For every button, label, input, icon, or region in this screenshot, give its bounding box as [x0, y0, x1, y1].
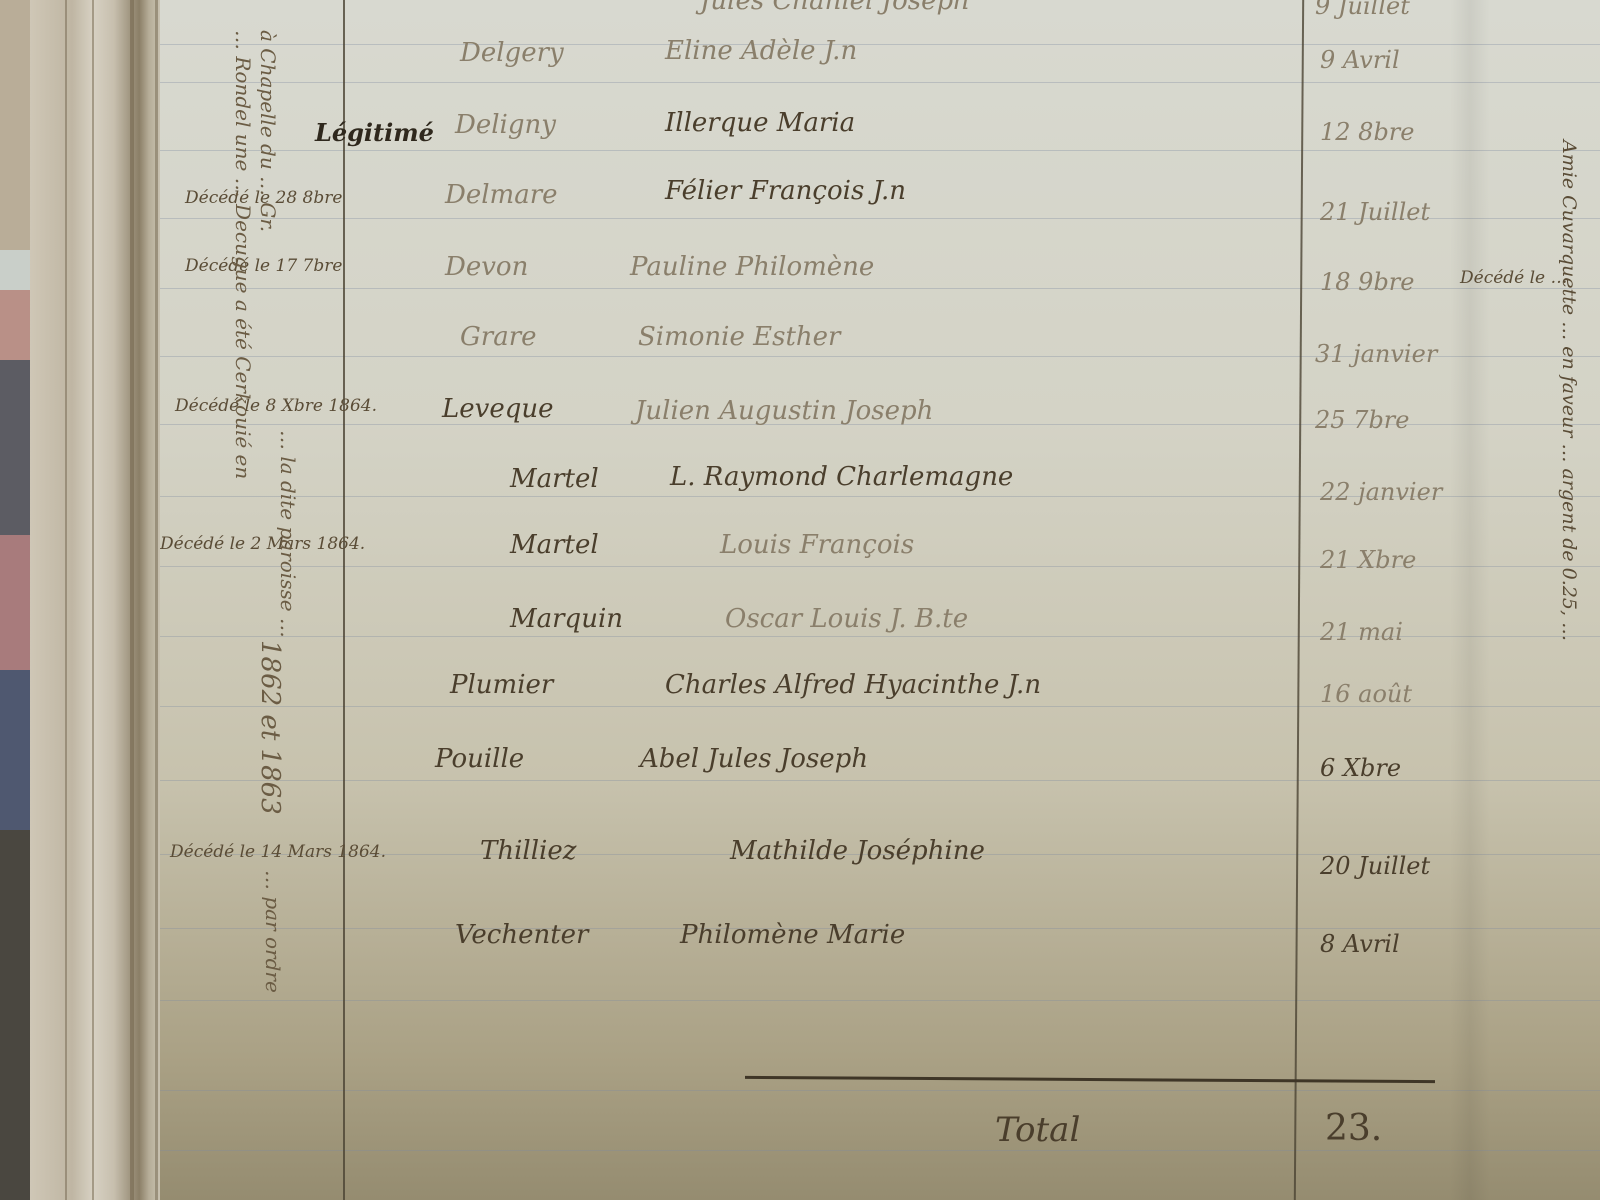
register-page: Jules Chaniel Joseph 9 Juillet Delgery E… — [160, 0, 1600, 1200]
vertical-margin-note: … Rondel une … Decugue a été Cerkouié en — [231, 30, 255, 479]
entry-date: 21 mai — [1320, 618, 1403, 646]
ruled-line — [160, 82, 1600, 83]
entry-surname: Martel — [510, 464, 599, 494]
partial-given-names: Jules Chaniel Joseph — [700, 0, 970, 16]
entry-surname: Marquin — [510, 604, 623, 634]
entry-date: 21 Juillet — [1320, 198, 1430, 226]
vertical-margin-note: 1862 et 1863 — [255, 640, 285, 815]
entry-date: 12 8bre — [1320, 118, 1414, 146]
total-label: Total — [995, 1110, 1080, 1150]
total-value: 23. — [1325, 1108, 1382, 1149]
book-page-edges — [30, 0, 170, 1200]
entry-date: 8 Avril — [1320, 930, 1400, 958]
entry-surname: Pouille — [435, 744, 524, 774]
entry-date: 6 Xbre — [1320, 754, 1401, 782]
ruled-line — [160, 1000, 1600, 1001]
entry-date: 16 août — [1320, 680, 1412, 708]
ruled-line — [160, 44, 1600, 45]
entry-surname: Martel — [510, 530, 599, 560]
entry-date: 31 janvier — [1315, 340, 1437, 368]
date-column-rule — [1294, 0, 1304, 1200]
ruled-line — [160, 150, 1600, 151]
ruled-line — [160, 1150, 1600, 1151]
margin-column-rule — [343, 0, 345, 1200]
entry-date: 18 9bre — [1320, 268, 1414, 296]
page-edge-line — [65, 0, 67, 1200]
vertical-margin-note: à Chapelle du … Gr. — [256, 30, 280, 232]
entry-given-names: Philomène Marie — [680, 920, 905, 950]
entry-surname: Grare — [460, 322, 537, 352]
entry-given-names: Mathilde Joséphine — [730, 836, 985, 866]
entry-surname: Leveque — [442, 394, 554, 424]
entry-given-names: Oscar Louis J. B.te — [725, 604, 968, 634]
entry-given-names: Julien Augustin Joseph — [635, 396, 933, 426]
entry-given-names: Charles Alfred Hyacinthe J.n — [665, 670, 1041, 700]
entry-given-names: L. Raymond Charlemagne — [670, 462, 1013, 492]
entry-margin-note: Décédé le 2 Mars 1864. — [160, 534, 365, 554]
entry-date: 9 Avril — [1320, 46, 1400, 74]
entry-surname: Devon — [445, 252, 528, 282]
entry-given-names: Eline Adèle J.n — [665, 36, 857, 66]
partial-date: 9 Juillet — [1315, 0, 1410, 20]
entry-given-names: Louis François — [720, 530, 914, 560]
entry-surname: Plumier — [450, 670, 553, 700]
entry-margin-note: Décédé le 14 Mars 1864. — [170, 842, 386, 862]
entry-margin-note: Décédé le 17 7bre — [185, 256, 342, 276]
entry-given-names: Félier François J.n — [665, 176, 906, 206]
vertical-margin-note: … la dite paroisse … — [276, 430, 300, 638]
page-edge-line — [155, 0, 158, 1200]
entry-date: 22 janvier — [1320, 478, 1442, 506]
entry-surname: Delmare — [445, 180, 558, 210]
vertical-margin-note: … par ordre — [261, 870, 285, 993]
entry-surname: Vechenter — [455, 920, 588, 950]
entry-given-names: Simonie Esther — [638, 322, 840, 352]
right-page-fragment: Décédé le … — [1460, 268, 1568, 288]
entry-date: 20 Juillet — [1320, 852, 1430, 880]
page-fold — [1450, 0, 1490, 1200]
right-page-vertical-note: Amie Cuvarquette … en faveur … argent de… — [1558, 140, 1580, 641]
entry-given-names: Abel Jules Joseph — [640, 744, 868, 774]
total-rule — [745, 1076, 1435, 1083]
entry-surname: Thilliez — [480, 836, 576, 866]
entry-margin-note: Décédé le 8 Xbre 1864. — [175, 396, 377, 416]
page-edge-line — [130, 0, 134, 1200]
entry-date: 25 7bre — [1315, 406, 1409, 434]
entry-surname: Deligny — [455, 110, 556, 140]
entry-date: 21 Xbre — [1320, 546, 1416, 574]
entry-given-names: Illerque Maria — [665, 108, 855, 138]
entry-surname: Delgery — [460, 38, 564, 68]
page-edge-line — [92, 0, 94, 1200]
entry-margin-note: Légitimé — [315, 118, 434, 147]
ruled-line — [160, 1090, 1600, 1091]
entry-given-names: Pauline Philomène — [630, 252, 874, 282]
